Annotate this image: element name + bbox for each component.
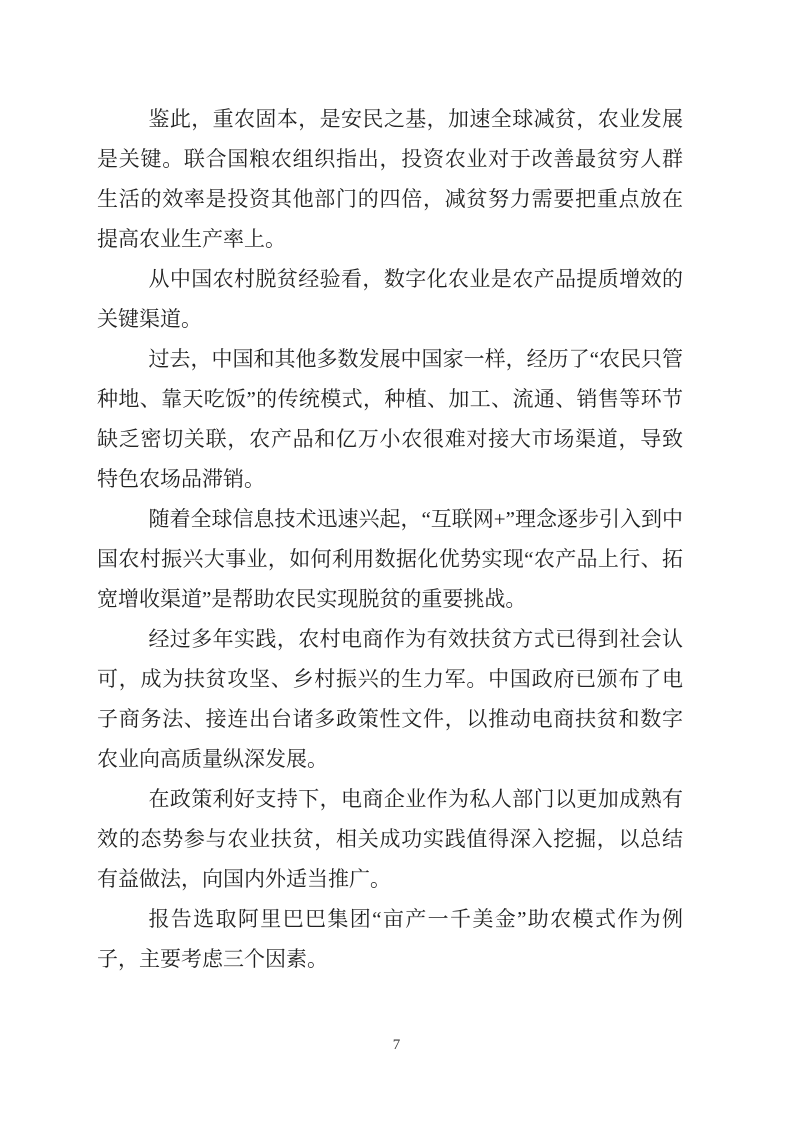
paragraph: 过去，中国和其他多数发展中国家一样，经历了“农民只管种地、靠天吃饭”的传统模式，… bbox=[97, 339, 683, 499]
page-number: 7 bbox=[393, 1037, 401, 1053]
paragraph: 鉴此，重农固本，是安民之基，加速全球减贫，农业发展是关键。联合国粮农组织指出，投… bbox=[97, 99, 683, 259]
paragraph: 从中国农村脱贫经验看，数字化农业是农产品提质增效的关键渠道。 bbox=[97, 259, 683, 339]
paragraph: 随着全球信息技术迅速兴起，“互联网+”理念逐步引入到中国农村振兴大事业，如何利用… bbox=[97, 499, 683, 619]
document-body: 鉴此，重农固本，是安民之基，加速全球减贫，农业发展是关键。联合国粮农组织指出，投… bbox=[97, 99, 683, 979]
document-page: 鉴此，重农固本，是安民之基，加速全球减贫，农业发展是关键。联合国粮农组织指出，投… bbox=[0, 0, 793, 1123]
paragraph: 报告选取阿里巴巴集团“亩产一千美金”助农模式作为例子，主要考虑三个因素。 bbox=[97, 899, 683, 979]
paragraph: 经过多年实践，农村电商作为有效扶贫方式已得到社会认可，成为扶贫攻坚、乡村振兴的生… bbox=[97, 619, 683, 779]
page-footer: 7 bbox=[0, 1036, 793, 1054]
paragraph: 在政策利好支持下，电商企业作为私人部门以更加成熟有效的态势参与农业扶贫，相关成功… bbox=[97, 779, 683, 899]
